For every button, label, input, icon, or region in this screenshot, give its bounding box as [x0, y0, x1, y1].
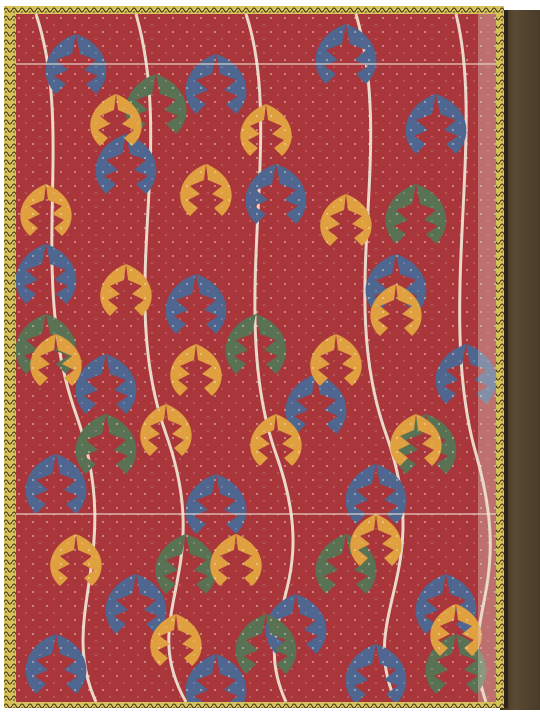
marbled-paper [16, 14, 496, 702]
photo-frame [0, 0, 540, 720]
marbling-pattern [16, 14, 496, 702]
